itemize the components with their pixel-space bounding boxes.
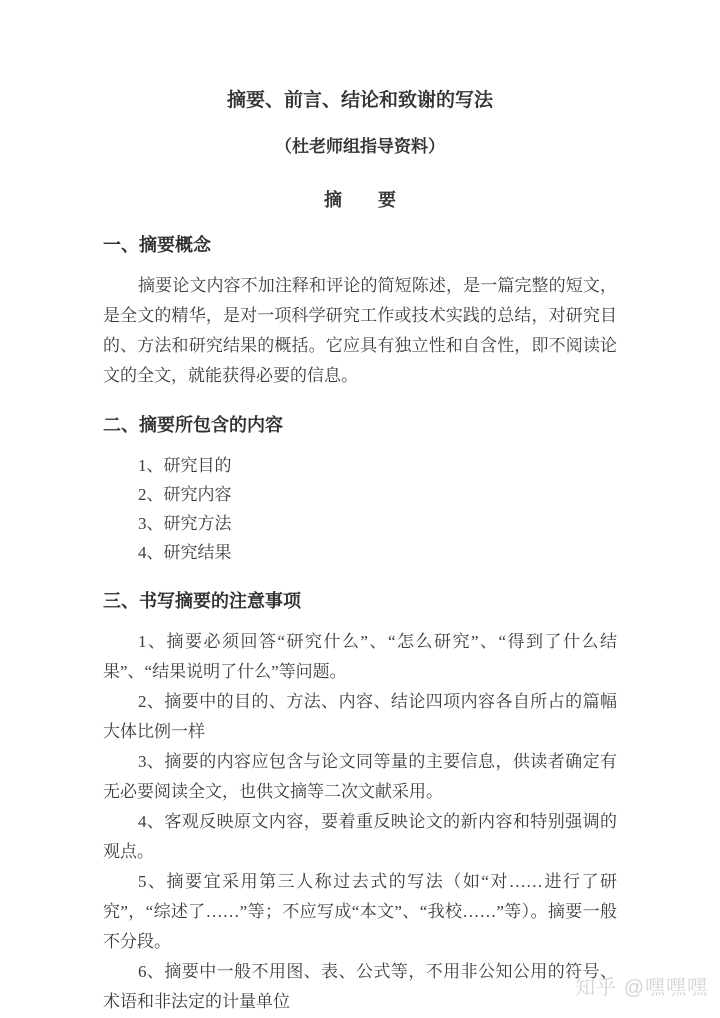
note-paragraph-2: 2、摘要中的目的、方法、内容、结论四项内容各自所占的篇幅大体比例一样 [103, 687, 617, 747]
list-item-research-method: 3、研究方法 [103, 509, 617, 538]
abstract-section-title: 摘 要 [103, 189, 617, 211]
zhihu-watermark: 知乎 @嘿嘿嘿 [575, 971, 708, 1000]
abstract-contents-list: 1、研究目的 2、研究内容 3、研究方法 4、研究结果 [103, 451, 617, 567]
document-subtitle: （杜老师组指导资料） [103, 136, 617, 157]
document-page: 摘要、前言、结论和致谢的写法 （杜老师组指导资料） 摘 要 一、摘要概念 摘要论… [0, 0, 720, 1018]
list-item-research-content: 2、研究内容 [103, 480, 617, 509]
note-paragraph-6: 6、摘要中一般不用图、表、公式等，不用非公知公用的符号、术语和非法定的计量单位 [103, 957, 617, 1017]
note-paragraph-1: 1、摘要必须回答“研究什么”、“怎么研究”、“得到了什么结果”、“结果说明了什么… [103, 627, 617, 687]
note-paragraph-3: 3、摘要的内容应包含与论文同等量的主要信息，供读者确定有无必要阅读全文，也供文摘… [103, 747, 617, 807]
section-1-paragraph: 摘要论文内容不加注释和评论的简短陈述，是一篇完整的短文，是全文的精华，是对一项科… [103, 271, 617, 391]
note-paragraph-4: 4、客观反映原文内容，要着重反映论文的新内容和特别强调的观点。 [103, 807, 617, 867]
watermark-text: 知乎 @嘿嘿嘿 [575, 977, 708, 999]
document-title: 摘要、前言、结论和致谢的写法 [103, 90, 617, 112]
section-1-heading: 一、摘要概念 [103, 233, 617, 257]
note-paragraph-5: 5、摘要宜采用第三人称过去式的写法（如“对……进行了研究”，“综述了……”等；不… [103, 867, 617, 957]
section-3-heading: 三、书写摘要的注意事项 [103, 589, 617, 613]
list-item-research-purpose: 1、研究目的 [103, 451, 617, 480]
section-2-heading: 二、摘要所包含的内容 [103, 413, 617, 437]
list-item-research-result: 4、研究结果 [103, 538, 617, 567]
